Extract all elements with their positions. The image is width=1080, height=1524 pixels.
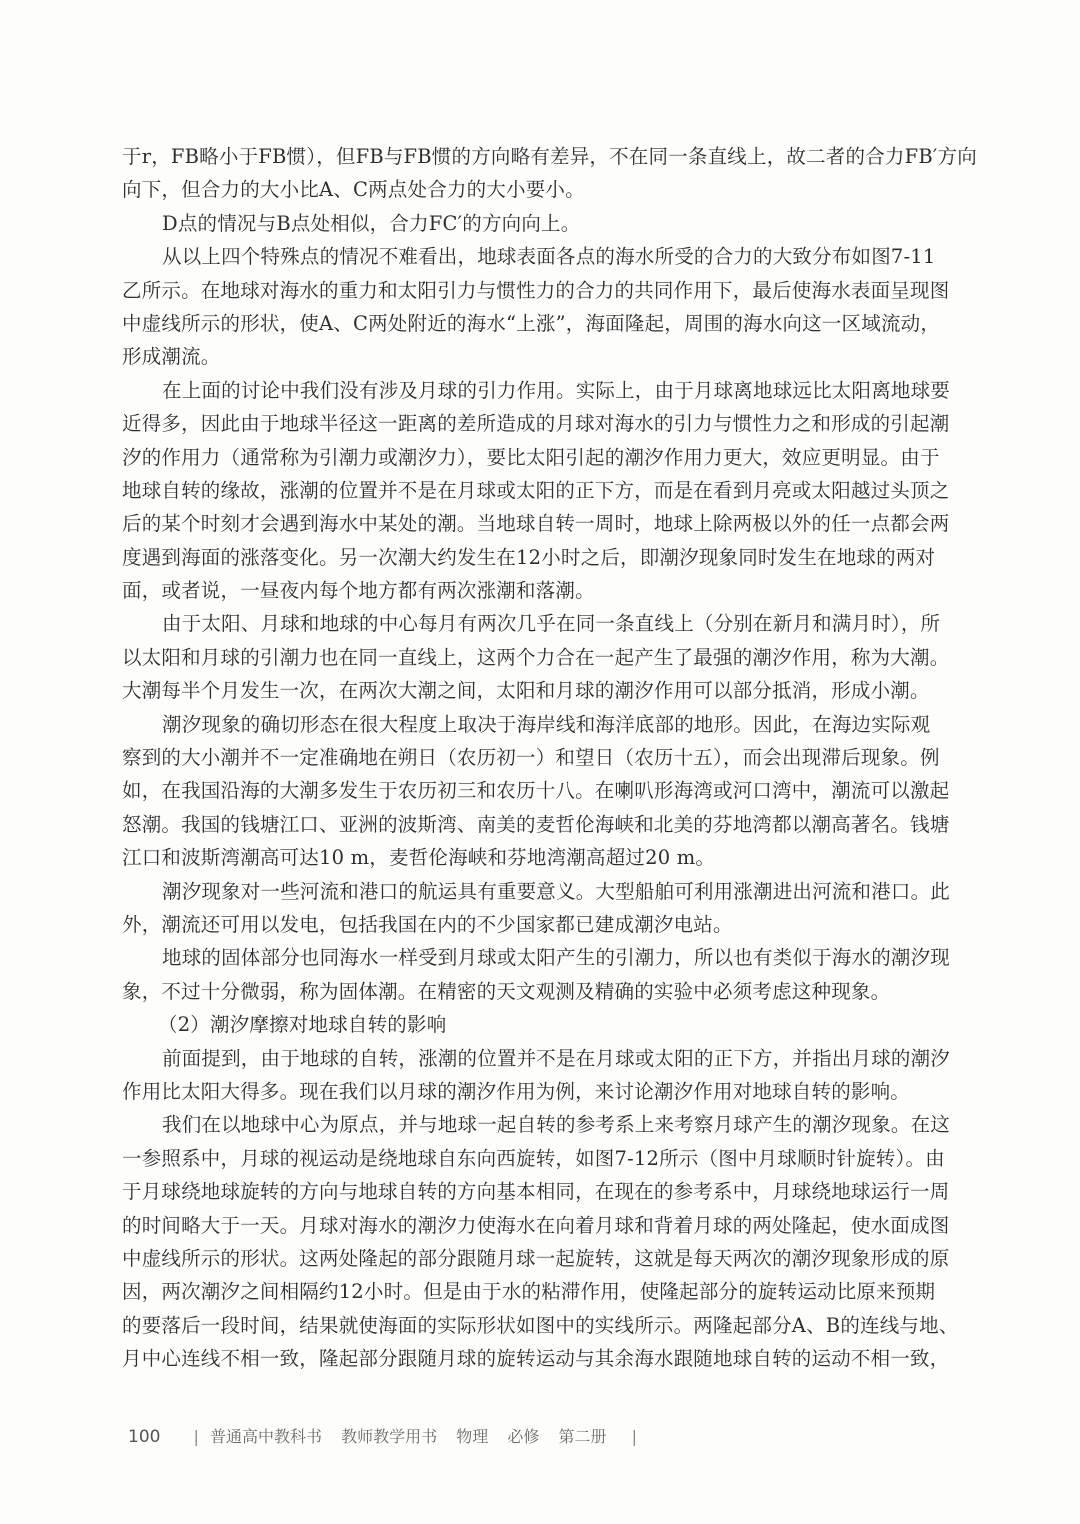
text-line: 地球自转的缘故，涨潮的位置并不是在月球或太阳的正下方，而是在看到月亮或太阳越过头… — [122, 474, 922, 507]
text-line: 度遇到海面的涨落变化。另一次潮大约发生在12小时之后，即潮汐现象同时发生在地球的… — [122, 541, 922, 574]
text-line: 乙所示。在地球对海水的重力和太阳引力与惯性力的合力的共同作用下，最后使海水表面呈… — [122, 274, 922, 307]
text-line: 于r，FB略小于FB惯），但FB与FB惯的方向略有差异，不在同一条直线上，故二者… — [122, 140, 922, 173]
text-line: 江口和波斯湾潮高可达10 m，麦哲伦海峡和芬地湾潮高超过20 m。 — [122, 841, 922, 874]
page-number: 100 — [128, 1427, 160, 1447]
text-line: 象，不过十分微弱，称为固体潮。在精密的天文观测及精确的实验中必须考虑这种现象。 — [122, 975, 922, 1008]
text-line: 的要落后一段时间，结果就使海面的实际形状如图中的实线所示。两隆起部分A、B的连线… — [122, 1309, 922, 1342]
footer-separator: | — [194, 1427, 199, 1446]
text-line: 向下，但合力的大小比A、C两点处合力的大小要小。 — [122, 173, 922, 206]
text-line: 我们在以地球中心为原点，并与地球一起自转的参考系上来考察月球产生的潮汐现象。在这 — [122, 1108, 922, 1141]
text-line: 面，或者说，一昼夜内每个地方都有两次涨潮和落潮。 — [122, 574, 922, 607]
text-line: 怒潮。我国的钱塘江口、亚洲的波斯湾、南美的麦哲伦海峡和北美的芬地湾都以潮高著名。… — [122, 808, 922, 841]
text-line: 汐的作用力（通常称为引潮力或潮汐力），要比太阳引起的潮汐作用力更大，效应更明显。… — [122, 441, 922, 474]
text-line: 在上面的讨论中我们没有涉及月球的引力作用。实际上，由于月球离地球远比太阳离地球要 — [122, 374, 922, 407]
text-line: 察到的大小潮并不一定准确地在朔日（农历初一）和望日（农历十五），而会出现滞后现象… — [122, 741, 922, 774]
text-line: 潮汐现象的确切形态在很大程度上取决于海岸线和海洋底部的地形。因此，在海边实际观 — [122, 708, 922, 741]
text-line: 中虚线所示的形状。这两处隆起的部分跟随月球一起旋转，这就是每天两次的潮汐现象形成… — [122, 1242, 922, 1275]
page-footer: 100 | 普通高中教科书 教师教学用书 物理 必修 第二册 | — [128, 1424, 643, 1447]
text-line: 外，潮流还可用以发电，包括我国在内的不少国家都已建成潮汐电站。 — [122, 908, 922, 941]
text-line: 以太阳和月球的引潮力也在同一直线上，这两个力合在一起产生了最强的潮汐作用，称为大… — [122, 641, 922, 674]
text-line: 因，两次潮汐之间相隔约12小时。但是由于水的粘滞作用，使隆起部分的旋转运动比原来… — [122, 1275, 922, 1308]
footer-separator-end: | — [632, 1427, 637, 1446]
text-line: 潮汐现象对一些河流和港口的航运具有重要意义。大型船舶可利用涨潮进出河流和港口。此 — [122, 875, 922, 908]
section-heading: （2）潮汐摩擦对地球自转的影响 — [122, 1008, 922, 1041]
text-line: D点的情况与B点处相似，合力FC′的方向向上。 — [122, 207, 922, 240]
footer-book-type: 教师教学用书 — [341, 1427, 437, 1446]
text-line: 前面提到，由于地球的自转，涨潮的位置并不是在月球或太阳的正下方，并指出月球的潮汐 — [122, 1042, 922, 1075]
text-line: 的时间略大于一天。月球对海水的潮汐力使海水在向着月球和背着月球的两处隆起，使水面… — [122, 1209, 922, 1242]
footer-subject: 物理 — [456, 1427, 488, 1446]
footer-book-series: 普通高中教科书 — [210, 1427, 322, 1446]
text-line: 从以上四个特殊点的情况不难看出，地球表面各点的海水所受的合力的大致分布如图7-1… — [122, 240, 922, 273]
text-line: 一参照系中，月球的视运动是绕地球自东向西旋转，如图7-12所示（图中月球顺时针旋… — [122, 1142, 922, 1175]
text-line: 大潮每半个月发生一次，在两次大潮之间，太阳和月球的潮汐作用可以部分抵消，形成小潮… — [122, 674, 922, 707]
text-line: 作用比太阳大得多。现在我们以月球的潮汐作用为例，来讨论潮汐作用对地球自转的影响。 — [122, 1075, 922, 1108]
text-line: 形成潮流。 — [122, 340, 922, 373]
text-line: 由于太阳、月球和地球的中心每月有两次几乎在同一条直线上（分别在新月和满月时），所 — [122, 607, 922, 640]
page-body-text: 于r，FB略小于FB惯），但FB与FB惯的方向略有差异，不在同一条直线上，故二者… — [122, 140, 922, 1375]
text-line: 如，在我国沿海的大潮多发生于农历初三和农历十八。在喇叭形海湾或河口湾中，潮流可以… — [122, 774, 922, 807]
text-line: 于月球绕地球旋转的方向与地球自转的方向基本相同，在现在的参考系中，月球绕地球运行… — [122, 1175, 922, 1208]
text-line: 地球的固体部分也同海水一样受到月球或太阳产生的引潮力，所以也有类似于海水的潮汐现 — [122, 941, 922, 974]
text-line: 月中心连线不相一致，隆起部分跟随月球的旋转运动与其余海水跟随地球自转的运动不相一… — [122, 1342, 922, 1375]
footer-course: 必修 — [507, 1427, 539, 1446]
text-line: 后的某个时刻才会遇到海水中某处的潮。当地球自转一周时，地球上除两极以外的任一点都… — [122, 507, 922, 540]
text-line: 中虚线所示的形状，使A、C两处附近的海水“上涨”，海面隆起，周围的海水向这一区域… — [122, 307, 922, 340]
footer-volume: 第二册 — [558, 1427, 606, 1446]
text-line: 近得多，因此由于地球半径这一距离的差所造成的月球对海水的引力与惯性力之和形成的引… — [122, 407, 922, 440]
